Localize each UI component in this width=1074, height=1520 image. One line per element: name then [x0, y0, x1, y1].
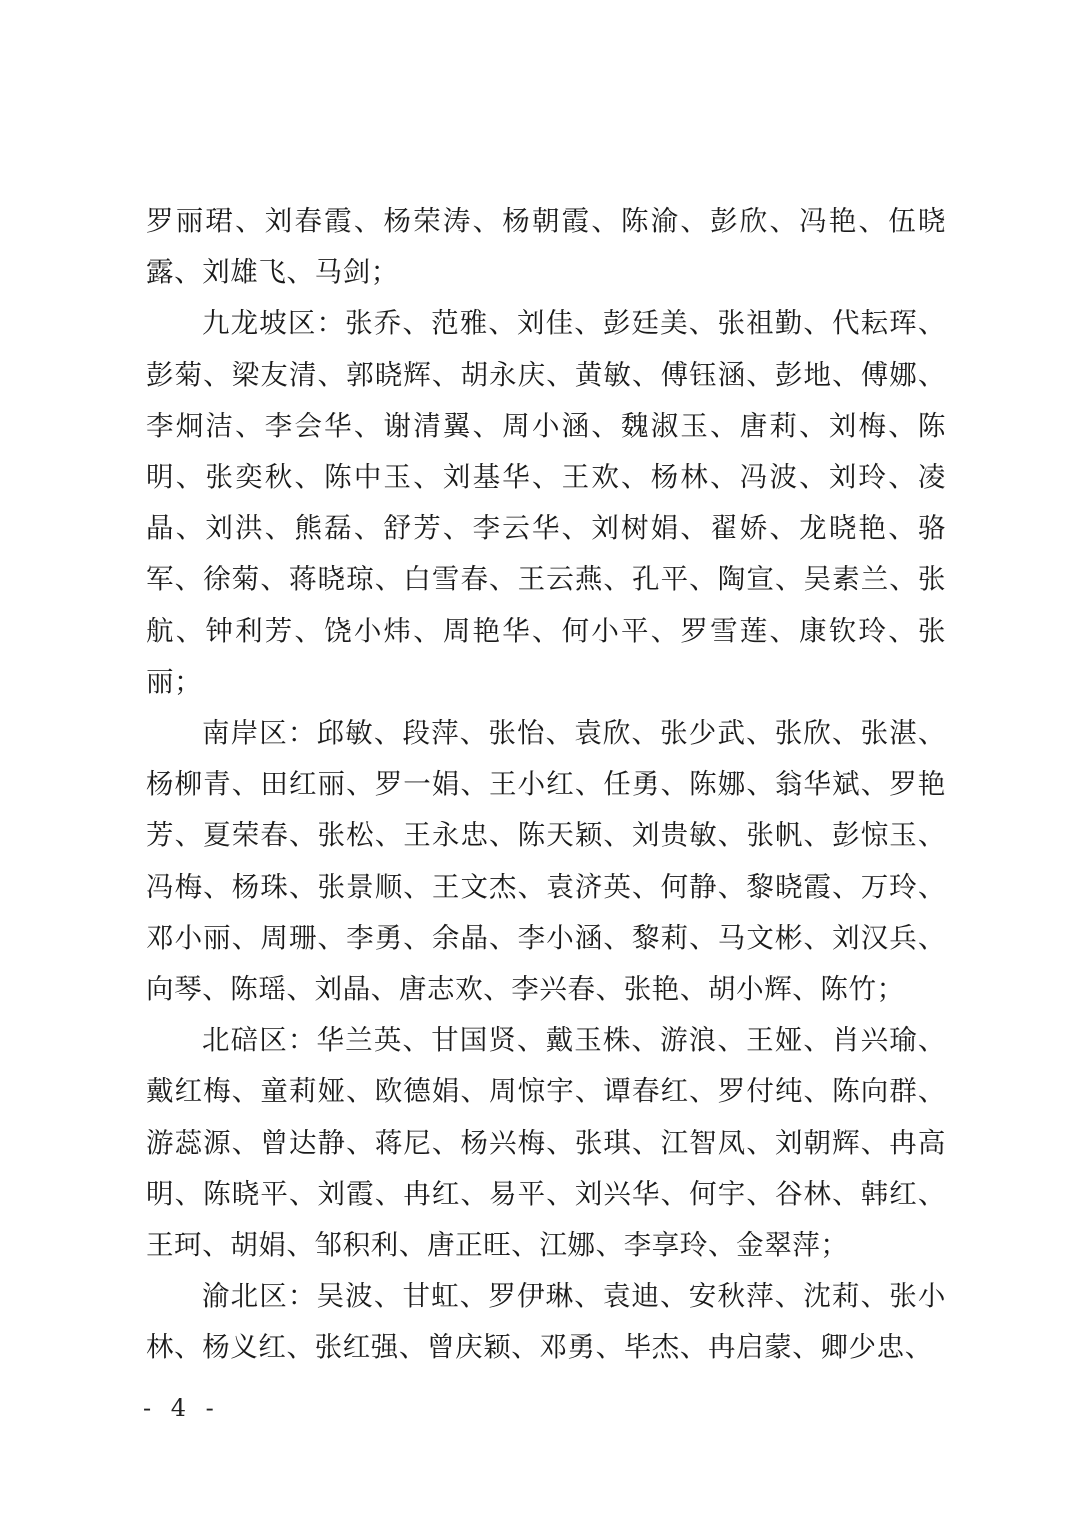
page-number: - 4 -	[143, 1394, 220, 1422]
paragraph-continuation: 罗丽珺、刘春霞、杨荣涛、杨朝霞、陈渝、彭欣、冯艳、伍晓露、刘雄飞、马剑；	[146, 196, 946, 298]
paragraph-beibei: 北碚区：华兰英、甘国贤、戴玉株、游浪、王娅、肖兴瑜、戴红梅、童莉娅、欧德娟、周惊…	[146, 1015, 946, 1271]
paragraph-yubei: 渝北区：吴波、甘虹、罗伊琳、袁迪、安秋萍、沈莉、张小林、杨义红、张红强、曾庆颖、…	[146, 1271, 946, 1373]
paragraph-jiulongpo: 九龙坡区：张乔、范雅、刘佳、彭廷美、张祖勤、代耘珲、彭菊、梁友清、郭晓辉、胡永庆…	[146, 298, 946, 708]
paragraph-nanan: 南岸区：邱敏、段萍、张怡、袁欣、张少武、张欣、张湛、杨柳青、田红丽、罗一娟、王小…	[146, 708, 946, 1015]
document-page: 罗丽珺、刘春霞、杨荣涛、杨朝霞、陈渝、彭欣、冯艳、伍晓露、刘雄飞、马剑； 九龙坡…	[146, 196, 946, 1374]
